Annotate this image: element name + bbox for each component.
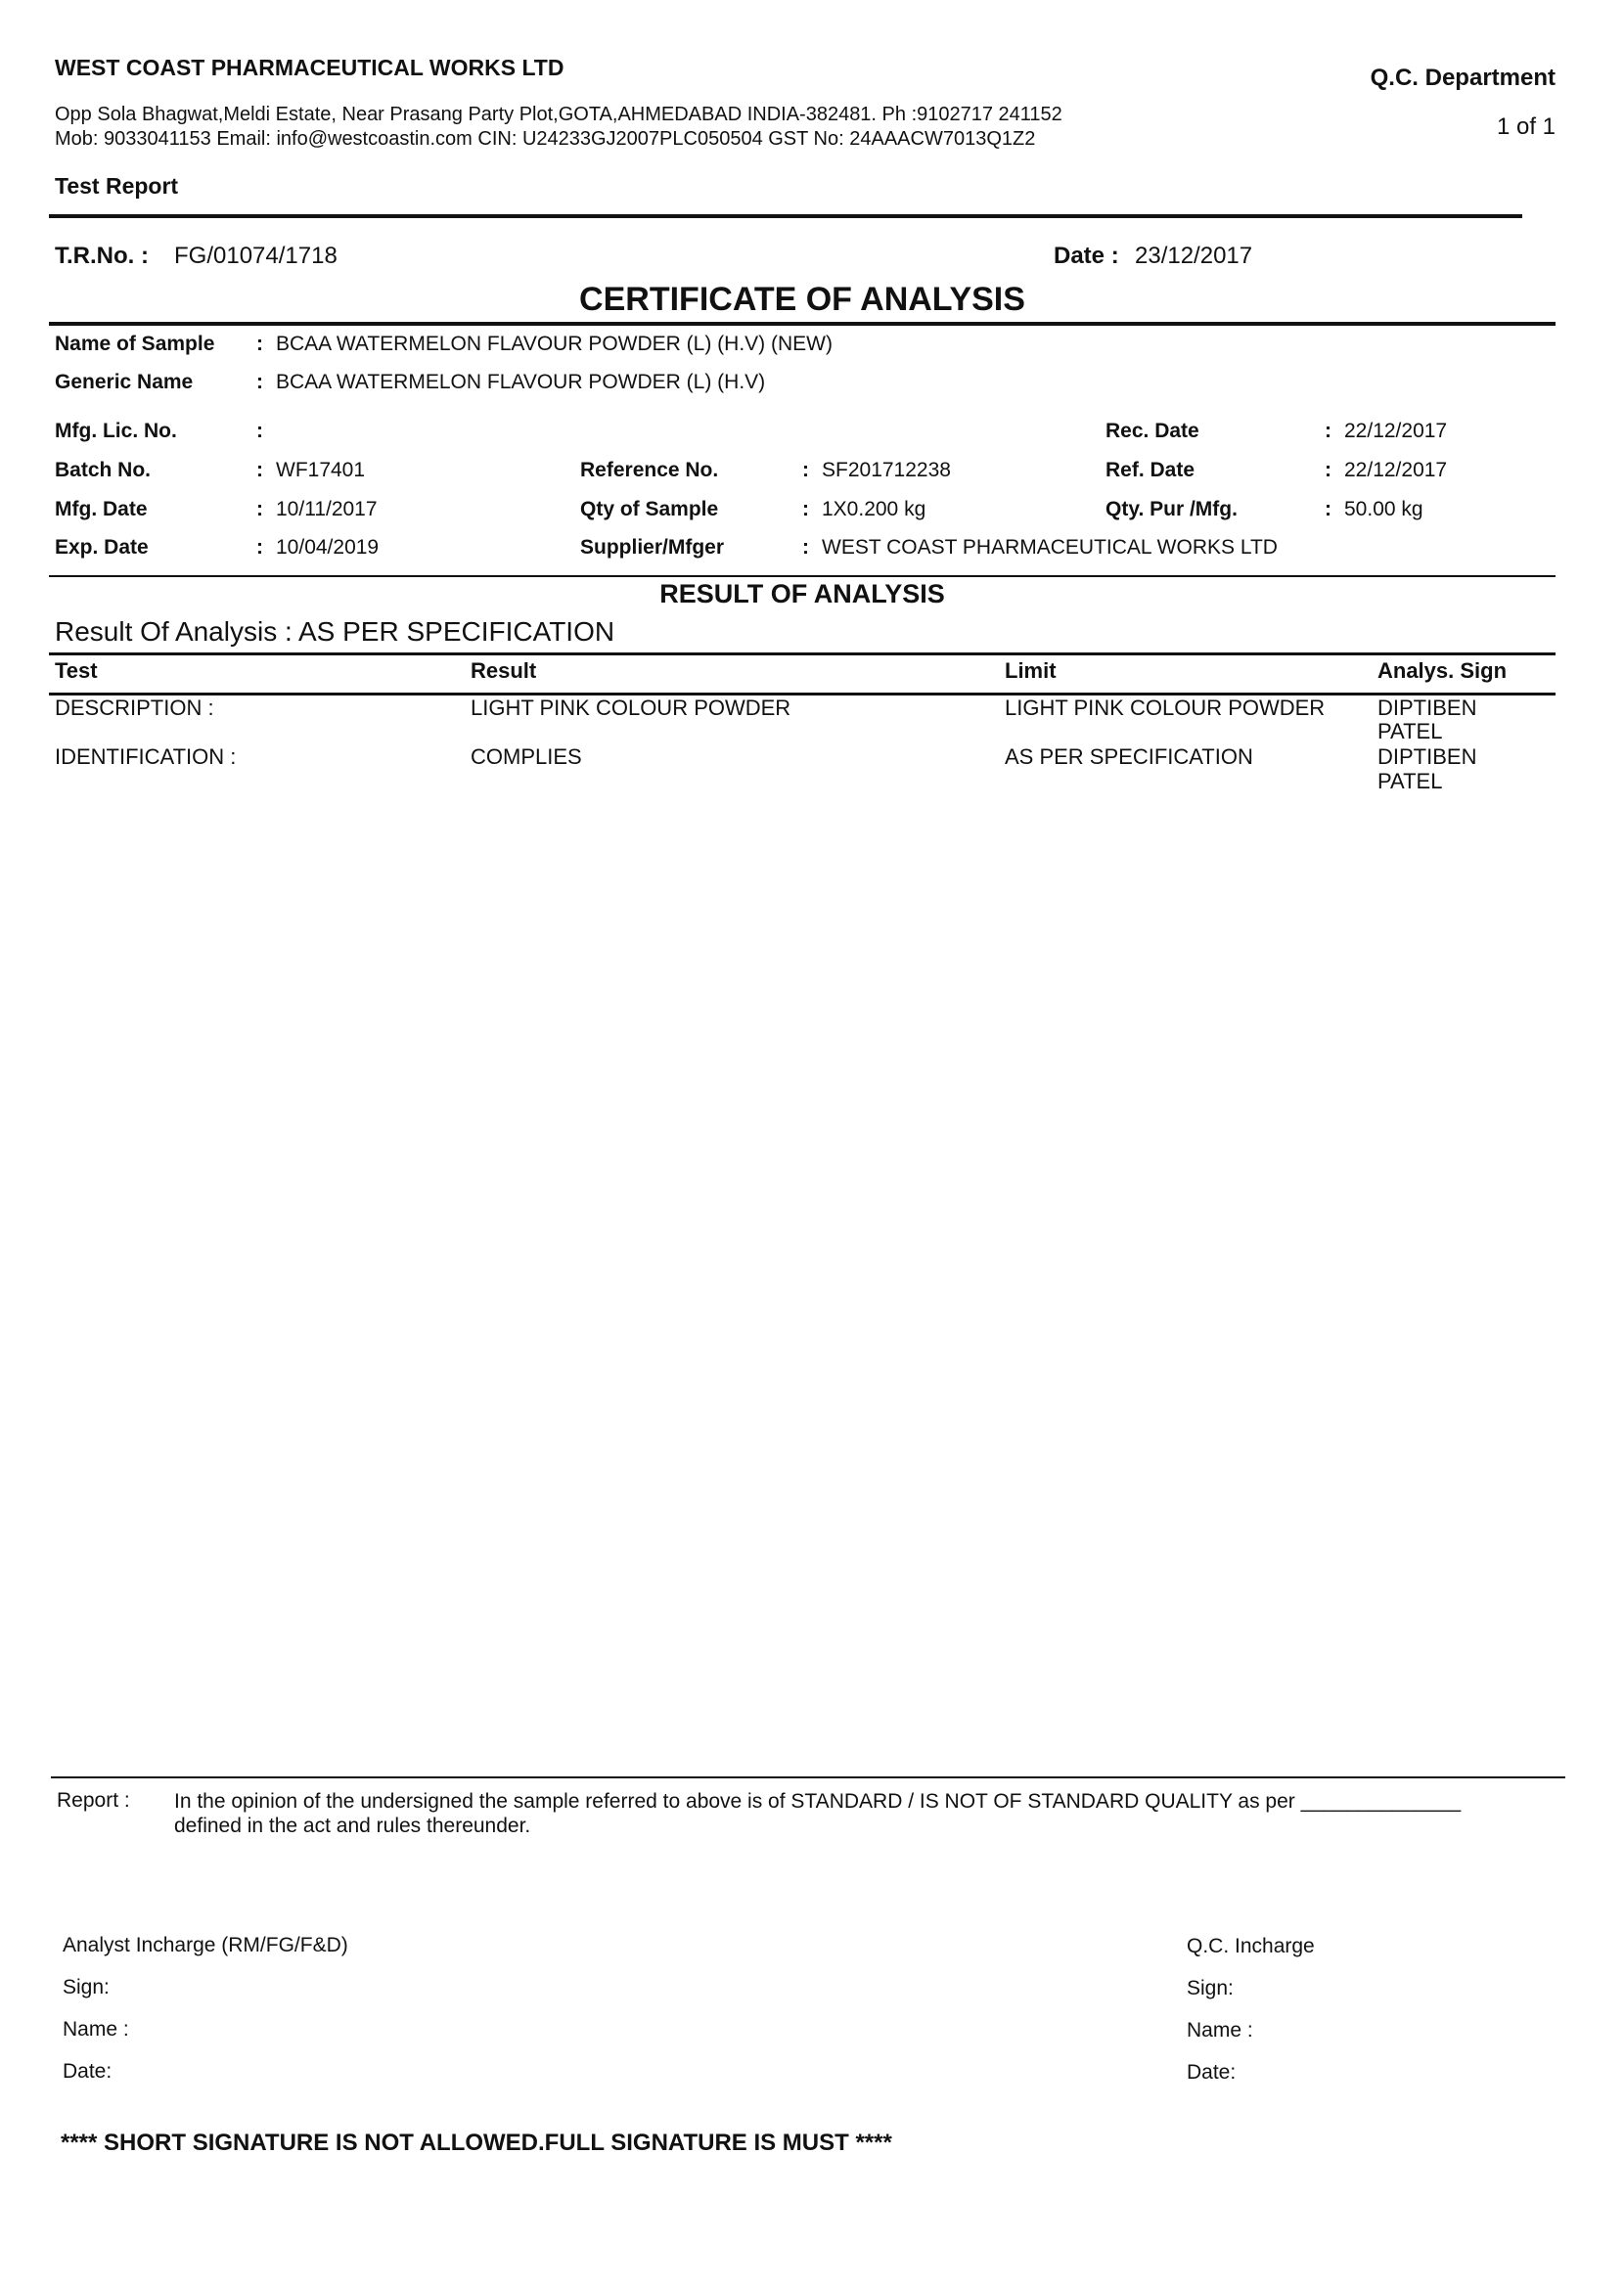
address-line-2: Mob: 9033041153 Email: info@westcoastin.…	[55, 128, 1035, 151]
colon: :	[802, 498, 809, 521]
qc-date-field: Date:	[1187, 2061, 1236, 2085]
qc-title: Q.C. Incharge	[1187, 1935, 1315, 1958]
column-header-test: Test	[55, 658, 98, 684]
row-result: COMPLIES	[471, 744, 582, 769]
report-line-1: In the opinion of the undersigned the sa…	[174, 1789, 1461, 1814]
table-header-rule	[49, 693, 1556, 696]
colon: :	[256, 536, 263, 560]
colon: :	[802, 536, 809, 560]
ref-date-value: 22/12/2017	[1344, 459, 1447, 482]
signature-warning-banner: **** SHORT SIGNATURE IS NOT ALLOWED.FULL…	[61, 2130, 892, 2157]
mfg-date-value: 10/11/2017	[276, 498, 378, 521]
address-line-1: Opp Sola Bhagwat,Meldi Estate, Near Pras…	[55, 104, 1062, 126]
row-sign-line2: PATEL	[1377, 769, 1442, 793]
column-header-result: Result	[471, 658, 536, 684]
colon: :	[256, 371, 263, 394]
qc-name-field: Name :	[1187, 2019, 1253, 2042]
generic-name-value: BCAA WATERMELON FLAVOUR POWDER (L) (H.V)	[276, 371, 765, 394]
report-line-2: defined in the act and rules thereunder.	[174, 1814, 1461, 1838]
page-indicator: 1 of 1	[1497, 113, 1556, 141]
analyst-sign-field: Sign:	[63, 1976, 110, 1999]
colon: :	[1325, 459, 1331, 482]
report-statement: In the opinion of the undersigned the sa…	[174, 1789, 1461, 1838]
mfg-lic-label: Mfg. Lic. No.	[55, 420, 177, 443]
row-test: DESCRIPTION :	[55, 696, 214, 720]
sample-name-label: Name of Sample	[55, 333, 214, 356]
generic-name-label: Generic Name	[55, 371, 193, 394]
colon: :	[1325, 498, 1331, 521]
date-value: 23/12/2017	[1135, 243, 1252, 270]
exp-date-value: 10/04/2019	[276, 536, 379, 560]
qty-sample-label: Qty of Sample	[580, 498, 718, 521]
row-sign-line2: PATEL	[1377, 719, 1442, 743]
qty-pur-label: Qty. Pur /Mfg.	[1105, 498, 1238, 521]
analyst-title: Analyst Incharge (RM/FG/F&D)	[63, 1934, 348, 1957]
department-label: Q.C. Department	[1371, 65, 1556, 92]
column-header-analyst-sign: Analys. Sign	[1377, 658, 1507, 684]
report-label: Report :	[57, 1789, 130, 1813]
qc-sign-field: Sign:	[1187, 1977, 1234, 2000]
row-test: IDENTIFICATION :	[55, 744, 236, 769]
trno-value: FG/01074/1718	[174, 243, 338, 270]
report-type: Test Report	[55, 173, 178, 200]
analyst-date-field: Date:	[63, 2060, 112, 2084]
supplier-label: Supplier/Mfger	[580, 536, 724, 560]
reference-value: SF201712238	[822, 459, 951, 482]
row-sign-line1: DIPTIBEN	[1377, 696, 1476, 720]
colon: :	[256, 498, 263, 521]
row-result: LIGHT PINK COLOUR POWDER	[471, 696, 790, 720]
column-header-limit: Limit	[1005, 658, 1057, 684]
colon: :	[256, 420, 263, 443]
rec-date-value: 22/12/2017	[1344, 420, 1447, 443]
exp-date-label: Exp. Date	[55, 536, 149, 560]
company-name: WEST COAST PHARMACEUTICAL WORKS LTD	[55, 55, 564, 81]
batch-label: Batch No.	[55, 459, 151, 482]
trno-label: T.R.No. :	[55, 243, 149, 270]
certificate-title: CERTIFICATE OF ANALYSIS	[0, 281, 1604, 319]
colon: :	[1325, 420, 1331, 443]
qty-pur-value: 50.00 kg	[1344, 498, 1423, 521]
colon: :	[256, 459, 263, 482]
table-top-rule	[49, 652, 1556, 655]
qty-sample-value: 1X0.200 kg	[822, 498, 925, 521]
row-limit: LIGHT PINK COLOUR POWDER	[1005, 696, 1325, 720]
report-divider	[51, 1776, 1565, 1778]
row-limit: AS PER SPECIFICATION	[1005, 744, 1253, 769]
reference-label: Reference No.	[580, 459, 718, 482]
mfg-date-label: Mfg. Date	[55, 498, 148, 521]
supplier-value: WEST COAST PHARMACEUTICAL WORKS LTD	[822, 536, 1278, 560]
colon: :	[256, 333, 263, 356]
analyst-name-field: Name :	[63, 2018, 129, 2042]
colon: :	[802, 459, 809, 482]
results-summary: Result Of Analysis : AS PER SPECIFICATIO…	[55, 616, 614, 648]
date-label: Date :	[1054, 243, 1119, 270]
title-divider	[49, 322, 1556, 326]
rec-date-label: Rec. Date	[1105, 420, 1199, 443]
results-section-title: RESULT OF ANALYSIS	[0, 579, 1604, 609]
batch-value: WF17401	[276, 459, 365, 482]
header-divider	[49, 214, 1522, 218]
details-divider	[49, 575, 1556, 577]
ref-date-label: Ref. Date	[1105, 459, 1195, 482]
row-sign-line1: DIPTIBEN	[1377, 744, 1476, 769]
sample-name-value: BCAA WATERMELON FLAVOUR POWDER (L) (H.V)…	[276, 333, 833, 356]
